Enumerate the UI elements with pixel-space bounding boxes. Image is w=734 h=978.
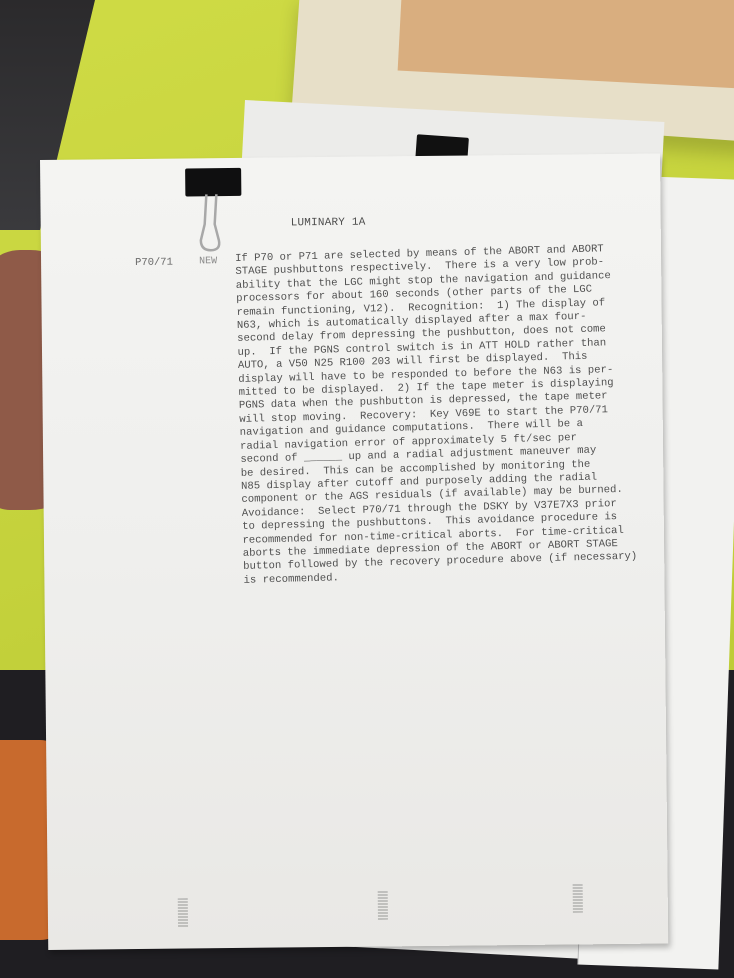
photo-scene: LUMINARY 1A P70/71 NEW If P70 or P71 are… [0, 0, 734, 978]
entry-body-text: If P70 or P71 are selected by means of t… [235, 243, 619, 588]
binder-clip-icon [185, 168, 241, 197]
status-tag: NEW [199, 256, 217, 267]
document-page: LUMINARY 1A P70/71 NEW If P70 or P71 are… [40, 154, 668, 950]
document-title: LUMINARY 1A [291, 217, 366, 230]
copy-artifact [573, 884, 583, 912]
copy-artifact [378, 891, 388, 919]
program-label: P70/71 [135, 257, 173, 269]
clip-handle-icon [198, 194, 229, 254]
copy-artifact [178, 898, 188, 926]
